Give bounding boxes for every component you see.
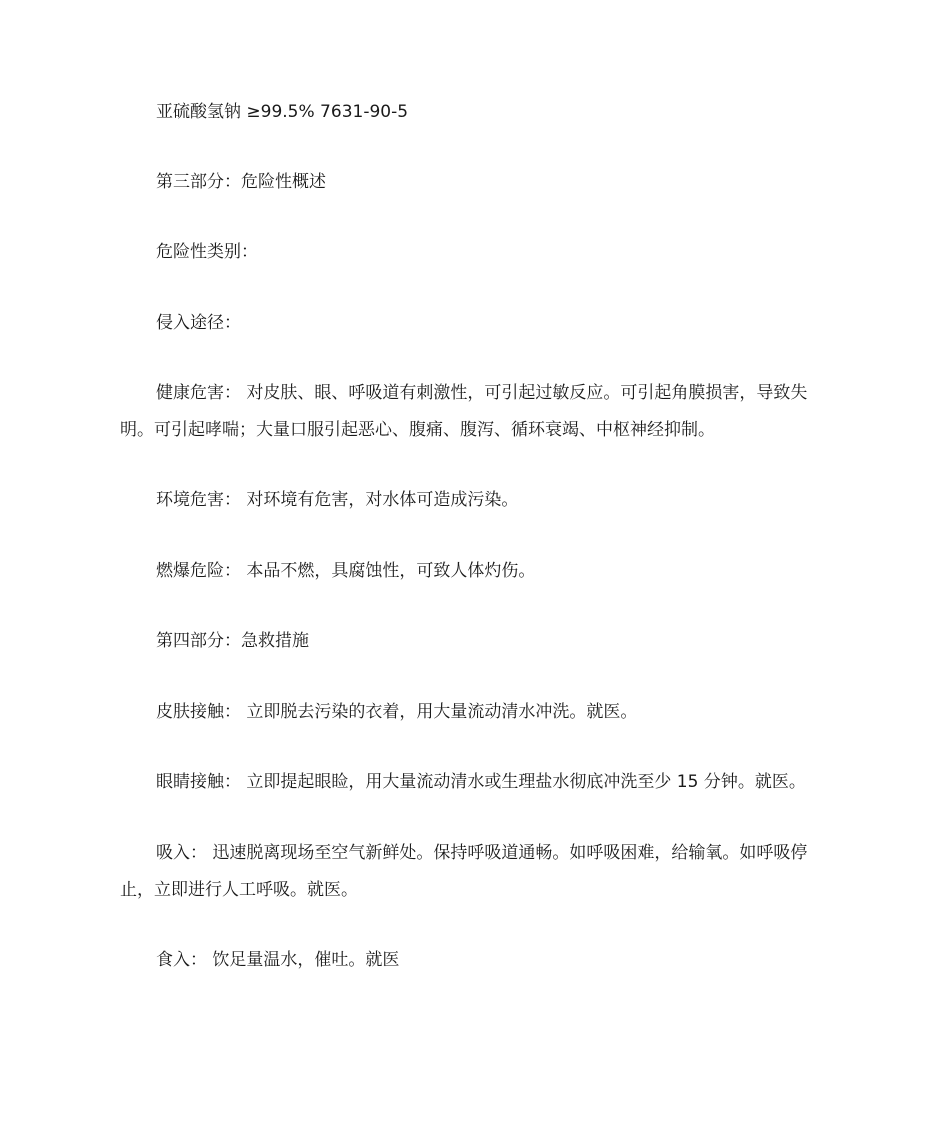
route-of-entry-line: 侵入途径： [120,305,830,342]
eye-contact-line: 眼睛接触： 立即提起眼睑，用大量流动清水或生理盐水彻底冲洗至少 15 分钟。就医… [120,764,830,801]
environmental-hazard-line: 环境危害： 对环境有危害，对水体可造成污染。 [120,482,830,519]
fire-explosion-hazard-line: 燃爆危险： 本品不燃，具腐蚀性，可致人体灼伤。 [120,553,830,590]
section3-heading: 第三部分：危险性概述 [120,164,830,201]
hazard-category-line: 危险性类别： [120,234,830,271]
inhalation-paragraph: 吸入： 迅速脱离现场至空气新鲜处。保持呼吸道通畅。如呼吸困难，给输氧。如呼吸停止… [120,835,830,909]
composition-line: 亚硫酸氢钠 ≥99.5% 7631-90-5 [120,94,830,131]
section4-heading: 第四部分：急救措施 [120,623,830,660]
ingestion-line: 食入： 饮足量温水，催吐。就医 [120,942,830,979]
health-hazard-paragraph: 健康危害： 对皮肤、眼、呼吸道有刺激性，可引起过敏反应。可引起角膜损害，导致失明… [120,375,830,449]
skin-contact-line: 皮肤接触： 立即脱去污染的衣着，用大量流动清水冲洗。就医。 [120,694,830,731]
